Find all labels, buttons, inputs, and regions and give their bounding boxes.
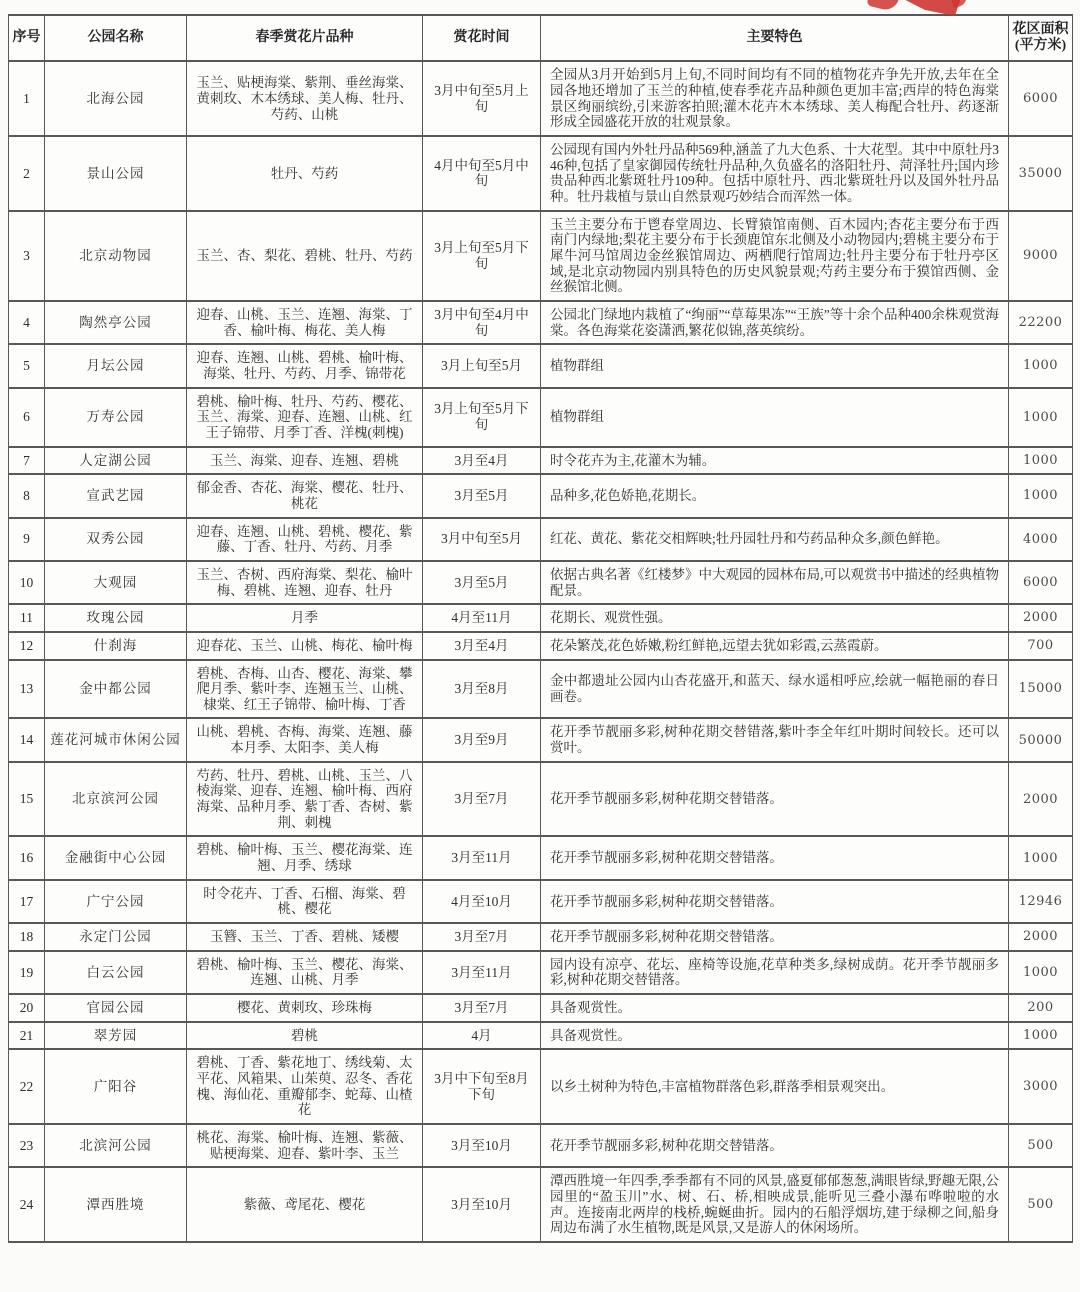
cell-time: 3月至9月 — [423, 718, 541, 761]
cell-park-name: 北京滨河公园 — [45, 762, 187, 837]
cell-area: 1000 — [1009, 388, 1073, 447]
cell-park-name: 北滨河公园 — [45, 1124, 187, 1167]
table-row: 1 北海公园 玉兰、贴梗海棠、紫荆、垂丝海棠、黄刺玫、木本绣球、美人梅、牡丹、芍… — [9, 61, 1073, 136]
cell-park-name: 大观园 — [45, 561, 187, 604]
table-row: 10 大观园 玉兰、杏树、西府海棠、梨花、榆叶梅、碧桃、连翘、迎春、牡丹 3月至… — [9, 561, 1073, 604]
cell-varieties: 碧桃、榆叶梅、玉兰、樱花海棠、连翘、月季、绣球 — [187, 836, 423, 879]
cell-park-name: 金融街中心公园 — [45, 836, 187, 879]
cell-features: 花开季节靓丽多彩,树种花期交替错落。 — [541, 762, 1009, 837]
cell-park-name: 广宁公园 — [45, 880, 187, 923]
cell-features: 植物群组 — [541, 388, 1009, 447]
cell-features: 具备观赏性。 — [541, 994, 1009, 1022]
cell-features: 金中都遗址公园内山杏花盛开,和蓝天、绿水遥相呼应,绘就一幅艳丽的春日画卷。 — [541, 660, 1009, 719]
cell-park-name: 潭西胜境 — [45, 1167, 187, 1242]
table-row: 2 景山公园 牡丹、芍药 4月中旬至5月中旬 公园现有国内外牡丹品种569种,涵… — [9, 136, 1073, 211]
table-row: 21 翠芳园 碧桃 4月 具备观赏性。 1000 — [9, 1022, 1073, 1050]
cell-varieties: 碧桃、杏梅、山杏、樱花、海棠、攀爬月季、紫叶李、连翘玉兰、山桃、棣棠、红王子锦带… — [187, 660, 423, 719]
table-row: 18 永定门公园 玉簪、玉兰、丁香、碧桃、矮樱 3月至7月 花开季节靓丽多彩,树… — [9, 923, 1073, 951]
table-row: 23 北滨河公园 桃花、海棠、榆叶梅、连翘、紫薇、贴梗海棠、迎春、紫叶李、玉兰 … — [9, 1124, 1073, 1167]
cell-index: 20 — [9, 994, 45, 1022]
cell-varieties: 迎春、山桃、玉兰、连翘、海棠、丁香、榆叶梅、梅花、美人梅 — [187, 301, 423, 344]
cell-features: 时令花卉为主,花灌木为辅。 — [541, 447, 1009, 475]
cell-park-name: 翠芳园 — [45, 1022, 187, 1050]
cell-varieties: 玉兰、杏、梨花、碧桃、牡丹、芍药 — [187, 211, 423, 301]
cell-area: 15000 — [1009, 660, 1073, 719]
cell-index: 23 — [9, 1124, 45, 1167]
cell-varieties: 牡丹、芍药 — [187, 136, 423, 211]
cell-time: 3月上旬至5月下旬 — [423, 211, 541, 301]
cell-park-name: 广阳谷 — [45, 1049, 187, 1124]
cell-area: 1000 — [1009, 951, 1073, 994]
cell-index: 17 — [9, 880, 45, 923]
cell-time: 3月上旬至5月下旬 — [423, 388, 541, 447]
cell-index: 5 — [9, 344, 45, 387]
cell-park-name: 什刹海 — [45, 632, 187, 660]
cell-index: 8 — [9, 474, 45, 517]
cell-park-name: 陶然亭公园 — [45, 301, 187, 344]
cell-varieties: 迎春花、玉兰、山桃、梅花、榆叶梅 — [187, 632, 423, 660]
cell-time: 3月至11月 — [423, 951, 541, 994]
cell-park-name: 景山公园 — [45, 136, 187, 211]
cell-features: 花期长、观赏性强。 — [541, 604, 1009, 632]
cell-park-name: 白云公园 — [45, 951, 187, 994]
cell-time: 3月中旬至5月上旬 — [423, 61, 541, 136]
cell-features: 花开季节靓丽多彩,树种花期交替错落。 — [541, 880, 1009, 923]
cell-time: 3月至5月 — [423, 474, 541, 517]
cell-park-name: 北海公园 — [45, 61, 187, 136]
cell-index: 13 — [9, 660, 45, 719]
cell-area: 22200 — [1009, 301, 1073, 344]
cell-index: 18 — [9, 923, 45, 951]
header-index: 序号 — [9, 15, 45, 61]
cell-features: 花开季节靓丽多彩,树种花期交替错落。 — [541, 1124, 1009, 1167]
table-row: 16 金融街中心公园 碧桃、榆叶梅、玉兰、樱花海棠、连翘、月季、绣球 3月至11… — [9, 836, 1073, 879]
cell-varieties: 碧桃、榆叶梅、玉兰、樱花、海棠、连翘、山桃、月季 — [187, 951, 423, 994]
cell-varieties: 郁金香、杏花、海棠、樱花、牡丹、桃花 — [187, 474, 423, 517]
cell-varieties: 迎春、连翘、山桃、碧桃、樱花、紫藤、丁香、牡丹、芍药、月季 — [187, 518, 423, 561]
header-varieties: 春季赏花片品种 — [187, 15, 423, 61]
cell-area: 1000 — [1009, 344, 1073, 387]
table-row: 14 莲花河城市休闲公园 山桃、碧桃、杏梅、海棠、连翘、藤本月季、太阳李、美人梅… — [9, 718, 1073, 761]
cell-varieties: 碧桃、榆叶梅、牡丹、芍药、樱花、玉兰、海棠、迎春、连翘、山桃、红王子锦带、月季丁… — [187, 388, 423, 447]
cell-area: 3000 — [1009, 1049, 1073, 1124]
cell-index: 11 — [9, 604, 45, 632]
cell-area: 6000 — [1009, 61, 1073, 136]
table-row: 4 陶然亭公园 迎春、山桃、玉兰、连翘、海棠、丁香、榆叶梅、梅花、美人梅 3月中… — [9, 301, 1073, 344]
cell-park-name: 玫瑰公园 — [45, 604, 187, 632]
cell-varieties: 玉兰、贴梗海棠、紫荆、垂丝海棠、黄刺玫、木本绣球、美人梅、牡丹、芍药、山桃 — [187, 61, 423, 136]
cell-area: 700 — [1009, 632, 1073, 660]
cell-features: 具备观赏性。 — [541, 1022, 1009, 1050]
cell-time: 3月上旬至5月 — [423, 344, 541, 387]
cell-time: 4月至10月 — [423, 880, 541, 923]
cell-area: 1000 — [1009, 474, 1073, 517]
cell-time: 3月至4月 — [423, 632, 541, 660]
cell-features: 依据古典名著《红楼梦》中大观园的园林布局,可以观赏书中描述的经典植物配景。 — [541, 561, 1009, 604]
cell-index: 10 — [9, 561, 45, 604]
cell-varieties: 樱花、黄刺玫、珍珠梅 — [187, 994, 423, 1022]
table-row: 17 广宁公园 时令花卉、丁香、石榴、海棠、碧桃、樱花 4月至10月 花开季节靓… — [9, 880, 1073, 923]
cell-varieties: 桃花、海棠、榆叶梅、连翘、紫薇、贴梗海棠、迎春、紫叶李、玉兰 — [187, 1124, 423, 1167]
cell-index: 1 — [9, 61, 45, 136]
cell-features: 园内设有凉亭、花坛、座椅等设施,花草种类多,绿树成荫。花开季节靓丽多彩,树种花期… — [541, 951, 1009, 994]
cell-park-name: 莲花河城市休闲公园 — [45, 718, 187, 761]
cell-time: 3月至8月 — [423, 660, 541, 719]
cell-index: 4 — [9, 301, 45, 344]
cell-varieties: 玉兰、海棠、迎春、连翘、碧桃 — [187, 447, 423, 475]
cell-time: 4月 — [423, 1022, 541, 1050]
cell-time: 4月至11月 — [423, 604, 541, 632]
cell-area: 35000 — [1009, 136, 1073, 211]
cell-varieties: 芍药、牡丹、碧桃、山桃、玉兰、八棱海棠、迎春、连翘、榆叶梅、西府海棠、品种月季、… — [187, 762, 423, 837]
table-row: 7 人定湖公园 玉兰、海棠、迎春、连翘、碧桃 3月至4月 时令花卉为主,花灌木为… — [9, 447, 1073, 475]
cell-index: 7 — [9, 447, 45, 475]
cell-index: 21 — [9, 1022, 45, 1050]
cell-area: 500 — [1009, 1124, 1073, 1167]
cell-time: 3月至7月 — [423, 762, 541, 837]
cell-time: 3月至10月 — [423, 1124, 541, 1167]
cell-features: 花开季节靓丽多彩,树种花期交替错落。 — [541, 923, 1009, 951]
cell-area: 2000 — [1009, 923, 1073, 951]
cell-index: 12 — [9, 632, 45, 660]
table-row: 22 广阳谷 碧桃、丁香、紫花地丁、绣线菊、太平花、风箱果、山茱萸、忍冬、香花槐… — [9, 1049, 1073, 1124]
cell-features: 公园现有国内外牡丹品种569种,涵盖了九大色系、十大花型。其中中原牡丹346种,… — [541, 136, 1009, 211]
cell-varieties: 碧桃 — [187, 1022, 423, 1050]
cell-index: 14 — [9, 718, 45, 761]
table-row: 8 宣武艺园 郁金香、杏花、海棠、樱花、牡丹、桃花 3月至5月 品种多,花色娇艳… — [9, 474, 1073, 517]
cell-varieties: 紫薇、鸢尾花、樱花 — [187, 1167, 423, 1242]
cell-time: 3月中下旬至8月下旬 — [423, 1049, 541, 1124]
table-row: 5 月坛公园 迎春、连翘、山桃、碧桃、榆叶梅、海棠、牡丹、芍药、月季、锦带花 3… — [9, 344, 1073, 387]
table-row: 20 官园公园 樱花、黄刺玫、珍珠梅 3月至7月 具备观赏性。 200 — [9, 994, 1073, 1022]
cell-area: 500 — [1009, 1167, 1073, 1242]
cell-area: 2000 — [1009, 604, 1073, 632]
cell-park-name: 月坛公园 — [45, 344, 187, 387]
cell-area: 6000 — [1009, 561, 1073, 604]
cell-park-name: 北京动物园 — [45, 211, 187, 301]
cell-area: 9000 — [1009, 211, 1073, 301]
cell-features: 花朵繁茂,花色娇嫩,粉红鲜艳,远望去犹如彩霞,云蒸霞蔚。 — [541, 632, 1009, 660]
cell-area: 4000 — [1009, 518, 1073, 561]
cell-features: 潭西胜境一年四季,季季都有不同的风景,盛夏郁郁葱葱,满眼皆绿,野趣无限,公园里的… — [541, 1167, 1009, 1242]
table-body: 1 北海公园 玉兰、贴梗海棠、紫荆、垂丝海棠、黄刺玫、木本绣球、美人梅、牡丹、芍… — [9, 61, 1073, 1241]
cell-varieties: 月季 — [187, 604, 423, 632]
red-stamp-fragment-icon — [951, 0, 969, 8]
table-row: 12 什刹海 迎春花、玉兰、山桃、梅花、榆叶梅 3月至4月 花朵繁茂,花色娇嫩,… — [9, 632, 1073, 660]
cell-park-name: 金中都公园 — [45, 660, 187, 719]
cell-features: 玉兰主要分布于鬯春堂周边、长臂猿馆南侧、百木园内;杏花主要分布于西南门内绿地;梨… — [541, 211, 1009, 301]
cell-area: 1000 — [1009, 1022, 1073, 1050]
table-row: 13 金中都公园 碧桃、杏梅、山杏、樱花、海棠、攀爬月季、紫叶李、连翘玉兰、山桃… — [9, 660, 1073, 719]
cell-time: 3月至7月 — [423, 923, 541, 951]
cell-area: 1000 — [1009, 447, 1073, 475]
cell-index: 22 — [9, 1049, 45, 1124]
cell-index: 9 — [9, 518, 45, 561]
cell-time: 3月至11月 — [423, 836, 541, 879]
header-area: 花区面积(平方米) — [1009, 15, 1073, 61]
cell-area: 200 — [1009, 994, 1073, 1022]
cell-park-name: 永定门公园 — [45, 923, 187, 951]
table-row: 24 潭西胜境 紫薇、鸢尾花、樱花 3月至10月 潭西胜境一年四季,季季都有不同… — [9, 1167, 1073, 1242]
cell-varieties: 时令花卉、丁香、石榴、海棠、碧桃、樱花 — [187, 880, 423, 923]
cell-index: 2 — [9, 136, 45, 211]
header-features: 主要特色 — [541, 15, 1009, 61]
table-header-row: 序号 公园名称 春季赏花片品种 赏花时间 主要特色 花区面积(平方米) — [9, 15, 1073, 61]
cell-varieties: 迎春、连翘、山桃、碧桃、榆叶梅、海棠、牡丹、芍药、月季、锦带花 — [187, 344, 423, 387]
cell-index: 16 — [9, 836, 45, 879]
cell-time: 3月中旬至5月 — [423, 518, 541, 561]
cell-area: 1000 — [1009, 836, 1073, 879]
cell-features: 品种多,花色娇艳,花期长。 — [541, 474, 1009, 517]
header-time: 赏花时间 — [423, 15, 541, 61]
cell-time: 3月中旬至4月中旬 — [423, 301, 541, 344]
cell-time: 3月至4月 — [423, 447, 541, 475]
cell-features: 花开季节靓丽多彩,树种花期交替错落,紫叶李全年红叶期时间较长。还可以赏叶。 — [541, 718, 1009, 761]
cell-park-name: 宣武艺园 — [45, 474, 187, 517]
table-row: 19 白云公园 碧桃、榆叶梅、玉兰、樱花、海棠、连翘、山桃、月季 3月至11月 … — [9, 951, 1073, 994]
table-row: 3 北京动物园 玉兰、杏、梨花、碧桃、牡丹、芍药 3月上旬至5月下旬 玉兰主要分… — [9, 211, 1073, 301]
cell-time: 3月至10月 — [423, 1167, 541, 1242]
cell-features: 花开季节靓丽多彩,树种花期交替错落。 — [541, 836, 1009, 879]
table-row: 15 北京滨河公园 芍药、牡丹、碧桃、山桃、玉兰、八棱海棠、迎春、连翘、榆叶梅、… — [9, 762, 1073, 837]
parks-flower-table: 序号 公园名称 春季赏花片品种 赏花时间 主要特色 花区面积(平方米) 1 北海… — [8, 14, 1073, 1243]
table-row: 9 双秀公园 迎春、连翘、山桃、碧桃、樱花、紫藤、丁香、牡丹、芍药、月季 3月中… — [9, 518, 1073, 561]
cell-park-name: 官园公园 — [45, 994, 187, 1022]
cell-index: 19 — [9, 951, 45, 994]
cell-varieties: 玉簪、玉兰、丁香、碧桃、矮樱 — [187, 923, 423, 951]
red-stamp-fragment-icon — [866, 0, 899, 12]
cell-features: 全园从3月开始到5月上旬,不同时间均有不同的植物花卉争先开放,去年在全园各地还增… — [541, 61, 1009, 136]
cell-area: 2000 — [1009, 762, 1073, 837]
cell-varieties: 玉兰、杏树、西府海棠、梨花、榆叶梅、碧桃、连翘、迎春、牡丹 — [187, 561, 423, 604]
cell-time: 3月至7月 — [423, 994, 541, 1022]
cell-varieties: 山桃、碧桃、杏梅、海棠、连翘、藤本月季、太阳李、美人梅 — [187, 718, 423, 761]
cell-features: 红花、黄花、紫花交相辉映;牡丹园牡丹和芍药品种众多,颜色鲜艳。 — [541, 518, 1009, 561]
cell-area: 50000 — [1009, 718, 1073, 761]
cell-index: 6 — [9, 388, 45, 447]
cell-park-name: 双秀公园 — [45, 518, 187, 561]
cell-features: 植物群组 — [541, 344, 1009, 387]
cell-features: 以乡土树种为特色,丰富植物群落色彩,群落季相景观突出。 — [541, 1049, 1009, 1124]
cell-varieties: 碧桃、丁香、紫花地丁、绣线菊、太平花、风箱果、山茱萸、忍冬、香花槐、海仙花、重瓣… — [187, 1049, 423, 1124]
cell-area: 12946 — [1009, 880, 1073, 923]
cell-index: 24 — [9, 1167, 45, 1242]
cell-index: 3 — [9, 211, 45, 301]
cell-index: 15 — [9, 762, 45, 837]
table-row: 6 万寿公园 碧桃、榆叶梅、牡丹、芍药、樱花、玉兰、海棠、迎春、连翘、山桃、红王… — [9, 388, 1073, 447]
table-row: 11 玫瑰公园 月季 4月至11月 花期长、观赏性强。 2000 — [9, 604, 1073, 632]
cell-features: 公园北门绿地内栽植了“绚丽”“草莓果冻”“王族”等十余个品种400余株观赏海棠。… — [541, 301, 1009, 344]
header-park-name: 公园名称 — [45, 15, 187, 61]
cell-park-name: 人定湖公园 — [45, 447, 187, 475]
scanned-document-page: { "decor": { "watermark_color": "#cd3531… — [0, 0, 1080, 1292]
cell-time: 4月中旬至5月中旬 — [423, 136, 541, 211]
cell-park-name: 万寿公园 — [45, 388, 187, 447]
cell-time: 3月至5月 — [423, 561, 541, 604]
